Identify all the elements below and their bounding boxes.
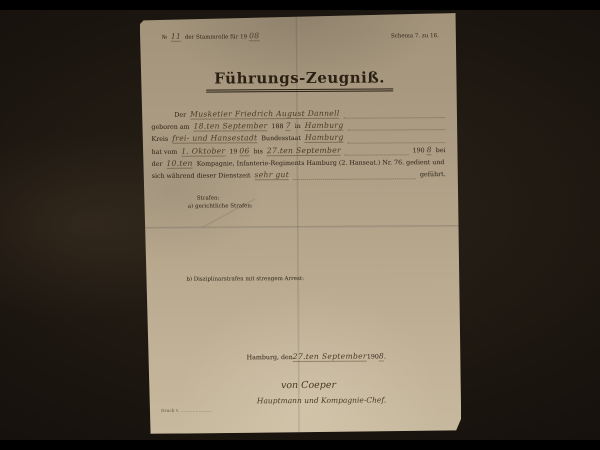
body-text: Der Musketier Friedrich August Dannell g… xyxy=(151,108,447,183)
handwritten-text: 08 xyxy=(249,31,259,41)
printed-text: der xyxy=(152,161,165,168)
printed-text: . xyxy=(384,353,386,360)
printed-text: in xyxy=(293,123,303,130)
printed-text: geführt. xyxy=(418,171,446,178)
ruled-fill-line xyxy=(345,153,409,155)
printed-text: geboren am xyxy=(151,124,191,131)
handwritten-text: Hamburg xyxy=(305,133,344,143)
document-paper: № 11 der Stammrolle für 1908 Schema 7. z… xyxy=(140,13,462,434)
printed-text: hat vom xyxy=(152,148,180,155)
signature-name: von Coeper xyxy=(142,379,461,392)
printed-text: 19 xyxy=(227,148,237,155)
photo-stage: № 11 der Stammrolle für 1908 Schema 7. z… xyxy=(0,0,600,450)
printed-text: sich während dieser Dienstzeit xyxy=(152,172,253,180)
handwritten-text: sehr gut xyxy=(254,170,289,180)
form-schema-ref: Schema 7. zu 16. xyxy=(391,33,439,39)
printed-text: 190 xyxy=(411,147,425,154)
handwritten-text: 18.ten September xyxy=(193,121,267,131)
handwritten-text: 06 xyxy=(239,146,249,156)
body-line-conduct: sich während dieser Dienstzeit sehr gut … xyxy=(152,169,448,183)
printed-text: bis xyxy=(252,148,265,155)
ruled-fill-line xyxy=(348,141,446,144)
penalties-item-a: a) gerichtliche Strafen: xyxy=(188,203,253,211)
printed-text: 190 xyxy=(367,354,379,361)
printed-text: Der xyxy=(174,112,188,119)
handwritten-text: frei- und Hansestadt xyxy=(172,134,257,145)
ruled-fill-line xyxy=(344,116,446,119)
handwritten-text: 27.ten September xyxy=(267,145,341,155)
printed-text: Bundesstaat xyxy=(259,135,303,142)
printer-imprint: Druck v. ..................... xyxy=(161,408,212,413)
roll-number-line: № 11 der Stammrolle für 1908 xyxy=(162,31,262,42)
handwritten-text: 8 xyxy=(427,145,432,155)
penalties-section: Strafen: a) gerichtliche Strafen: xyxy=(188,195,253,210)
title-wrap: Führungs-Zeugniß. xyxy=(140,67,459,93)
handwritten-text: 10.ten xyxy=(166,158,192,168)
handwritten-text: 7 xyxy=(286,121,291,131)
form-header-row: № 11 der Stammrolle für 1908 Schema 7. z… xyxy=(162,30,439,42)
letterbox-top xyxy=(0,0,600,10)
signature-role: Hauptmann und Kompagnie-Chef. xyxy=(142,395,461,406)
ruled-fill-line xyxy=(348,128,446,131)
printed-text: Hamburg, den xyxy=(247,354,293,361)
printed-text: 188 xyxy=(270,123,284,130)
handwritten-text: 11 xyxy=(171,32,181,42)
document-title: Führungs-Zeugniß. xyxy=(206,68,393,92)
handwritten-text: Musketier Friedrich August Dannell xyxy=(190,109,339,120)
horizontal-fold-crease xyxy=(141,225,460,230)
handwritten-text: Hamburg xyxy=(305,121,344,131)
printed-text: bei xyxy=(434,147,446,154)
printed-text: Kompagnie, Infanterie-Regiments Hamburg … xyxy=(195,159,445,168)
date-line: Hamburg, den 27.ten September 1908. xyxy=(142,351,461,363)
ruled-fill-line xyxy=(293,177,416,180)
letterbox-bottom xyxy=(0,440,600,450)
penalties-item-b: b) Disziplinarstrafen mit strengem Arres… xyxy=(186,276,304,283)
handwritten-text: 27.ten September xyxy=(293,352,367,362)
printed-text: der Stammrolle für 19 xyxy=(183,34,247,40)
printed-text: Kreis xyxy=(151,136,170,143)
handwritten-text: 1. Oktober xyxy=(181,146,225,156)
printed-text: № xyxy=(162,35,169,41)
